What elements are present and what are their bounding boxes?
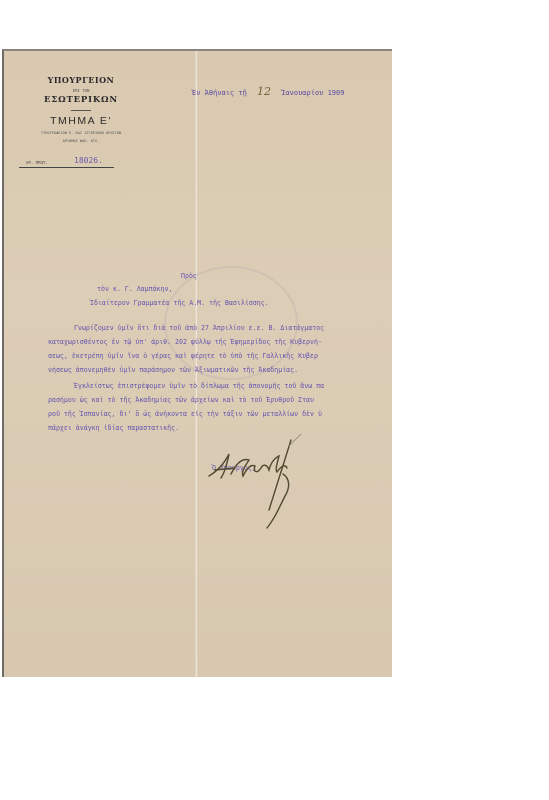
date-month-year: Ἰανουαρίου 1909 [281, 89, 344, 97]
body-line: πάρχει ἀνάγκη ἰδίας παραστατικῆς. [48, 424, 179, 432]
date-day-handwritten: 12 [257, 85, 271, 98]
protocol-number: 18026. [74, 156, 103, 165]
letterhead-subtitle-2: ΑΡΙΘΜΟΣ ΦΑΚ. ΚΤΛ. [26, 139, 136, 143]
body-line: Γνωρίζομεν ὑμῖν ὅτι διὰ τοῦ ἀπὸ 27 Ἀπριλ… [74, 324, 324, 332]
body-line: καταχωρισθέντος ἐν τῷ ὑπ' ἀριθ. 202 φύλλ… [48, 338, 322, 346]
letterhead-subtitle-1: ΤΥΠΟΓΡΑΦΕΙΟΝ Ε. ΚΑΙ ΙΣΤΟΡΙΚΟΝ ΑΡΧΕΙΟΝ [26, 131, 136, 135]
letterhead-ministry: ΥΠΟΥΡΓΕΙΟΝ [26, 75, 136, 85]
recipient-title: Ἰδιαίτερον Γραμματέα τῆς Α.Μ. τῆς Βασιλί… [90, 299, 269, 307]
ornament-divider [71, 110, 91, 111]
dateline: Ἐν Ἀθήναις τῇ 12 Ἰανουαρίου 1909 [192, 85, 344, 98]
recipient-to: Πρὸς [181, 272, 197, 280]
body-line: Ἐγκλείστως ἐπιστρέφομεν ὑμῖν τὸ δίπλωμα … [74, 382, 324, 390]
protocol-number-field: ΑΡ. ΠΡΩΤ. 18026. [19, 155, 114, 168]
body-line: ροῦ τῆς Ἱσπανίας, δι' ὃ ὡς ἀνήκοντα εἰς … [48, 410, 322, 418]
body-line: ρασήμου ὡς καὶ τὸ τῆς Ἀκαδημίας τῶν ἀρχε… [48, 396, 314, 404]
letterhead-department: ΤΜΗΜΑ Ε' [26, 115, 136, 127]
signature-icon [205, 424, 305, 534]
letterhead-connector: ΕΠΙ ΤΩΝ [26, 88, 136, 93]
letterhead: ΥΠΟΥΡΓΕΙΟΝ ΕΠΙ ΤΩΝ ΕΣΩΤΕΡΙΚΩΝ ΤΜΗΜΑ Ε' Τ… [26, 75, 136, 143]
faint-seal-stamp [164, 266, 298, 380]
body-line: σεως, ἐκετρέπη ὑμῖν ἵνα ὁ γέρας καὶ φέρη… [48, 352, 318, 360]
letterhead-interior: ΕΣΩΤΕΡΙΚΩΝ [26, 95, 136, 105]
recipient-name: τὸν κ. Γ. Λαμπάκην, [97, 285, 172, 293]
protocol-label: ΑΡ. ΠΡΩΤ. [26, 160, 48, 165]
body-line: νήσεως ἀπονεμηθὲν ὑμῖν παράσημον τῶν Ἀξι… [48, 366, 298, 374]
letter-page: ΥΠΟΥΡΓΕΙΟΝ ΕΠΙ ΤΩΝ ΕΣΩΤΕΡΙΚΩΝ ΤΜΗΜΑ Ε' Τ… [2, 49, 392, 677]
date-prefix: Ἐν Ἀθήναις τῇ [192, 89, 247, 97]
